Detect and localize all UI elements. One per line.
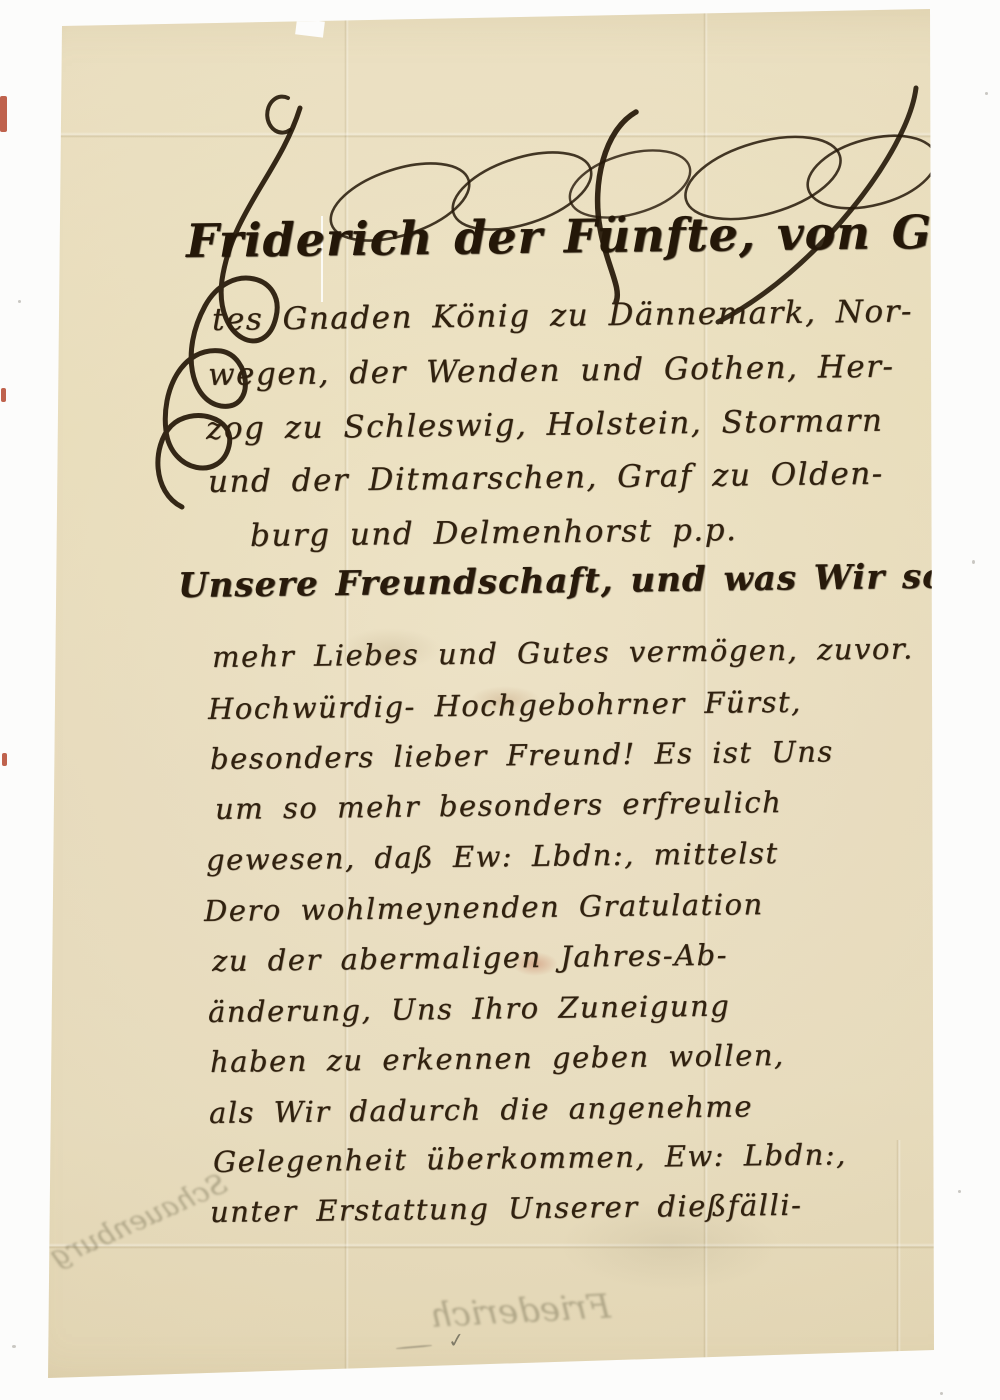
scanner-edge-mark <box>0 96 7 132</box>
scanner-edge-mark <box>2 753 7 766</box>
pencil-check-mark: ✓ <box>446 1327 466 1353</box>
scanned-document: { "colors": { "background": "#fcfcfb", "… <box>0 0 1000 1400</box>
scan-speck <box>940 1392 943 1395</box>
scan-area: Friderich der Fünfte, von Got- tes Gnade… <box>0 0 1000 1400</box>
scan-speck <box>12 1345 16 1348</box>
royal-title-line: burg und Delmenhorst p.p. <box>250 512 738 554</box>
manuscript-line: Dero wohlmeynenden Gratulation <box>204 887 764 928</box>
manuscript-line: um so mehr besonders erfreulich <box>215 785 783 826</box>
scan-speck <box>985 92 988 95</box>
royal-title-opening: Friderich der Fünfte, von Got- <box>186 204 1000 268</box>
manuscript-line: gewesen, daß Ew: Lbdn:, mittelst <box>206 836 779 877</box>
manuscript-line: zu der abermaligen Jahres-Ab- <box>212 938 728 978</box>
manuscript-page: Friderich der Fünfte, von Got- tes Gnade… <box>0 0 1000 1400</box>
paper-tear-nick <box>295 18 325 37</box>
manuscript-line: Hochwürdig- Hochgebohrner Fürst, <box>208 685 802 726</box>
manuscript-line: änderung, Uns Ihro Zuneigung <box>208 989 731 1029</box>
manuscript-line: haben zu erkennen geben wollen, <box>210 1038 785 1079</box>
scan-speck <box>972 560 975 564</box>
manuscript-line: als Wir dadurch die angenehme <box>209 1089 753 1130</box>
fold-crease-vertical <box>896 1140 901 1400</box>
manuscript-line: unter Erstattung Unserer dießfälli- <box>210 1188 803 1229</box>
fold-crease-horizontal <box>0 1243 1000 1249</box>
scan-speck <box>958 1190 961 1193</box>
scanner-edge-mark <box>1 388 6 402</box>
scan-speck <box>18 300 21 303</box>
